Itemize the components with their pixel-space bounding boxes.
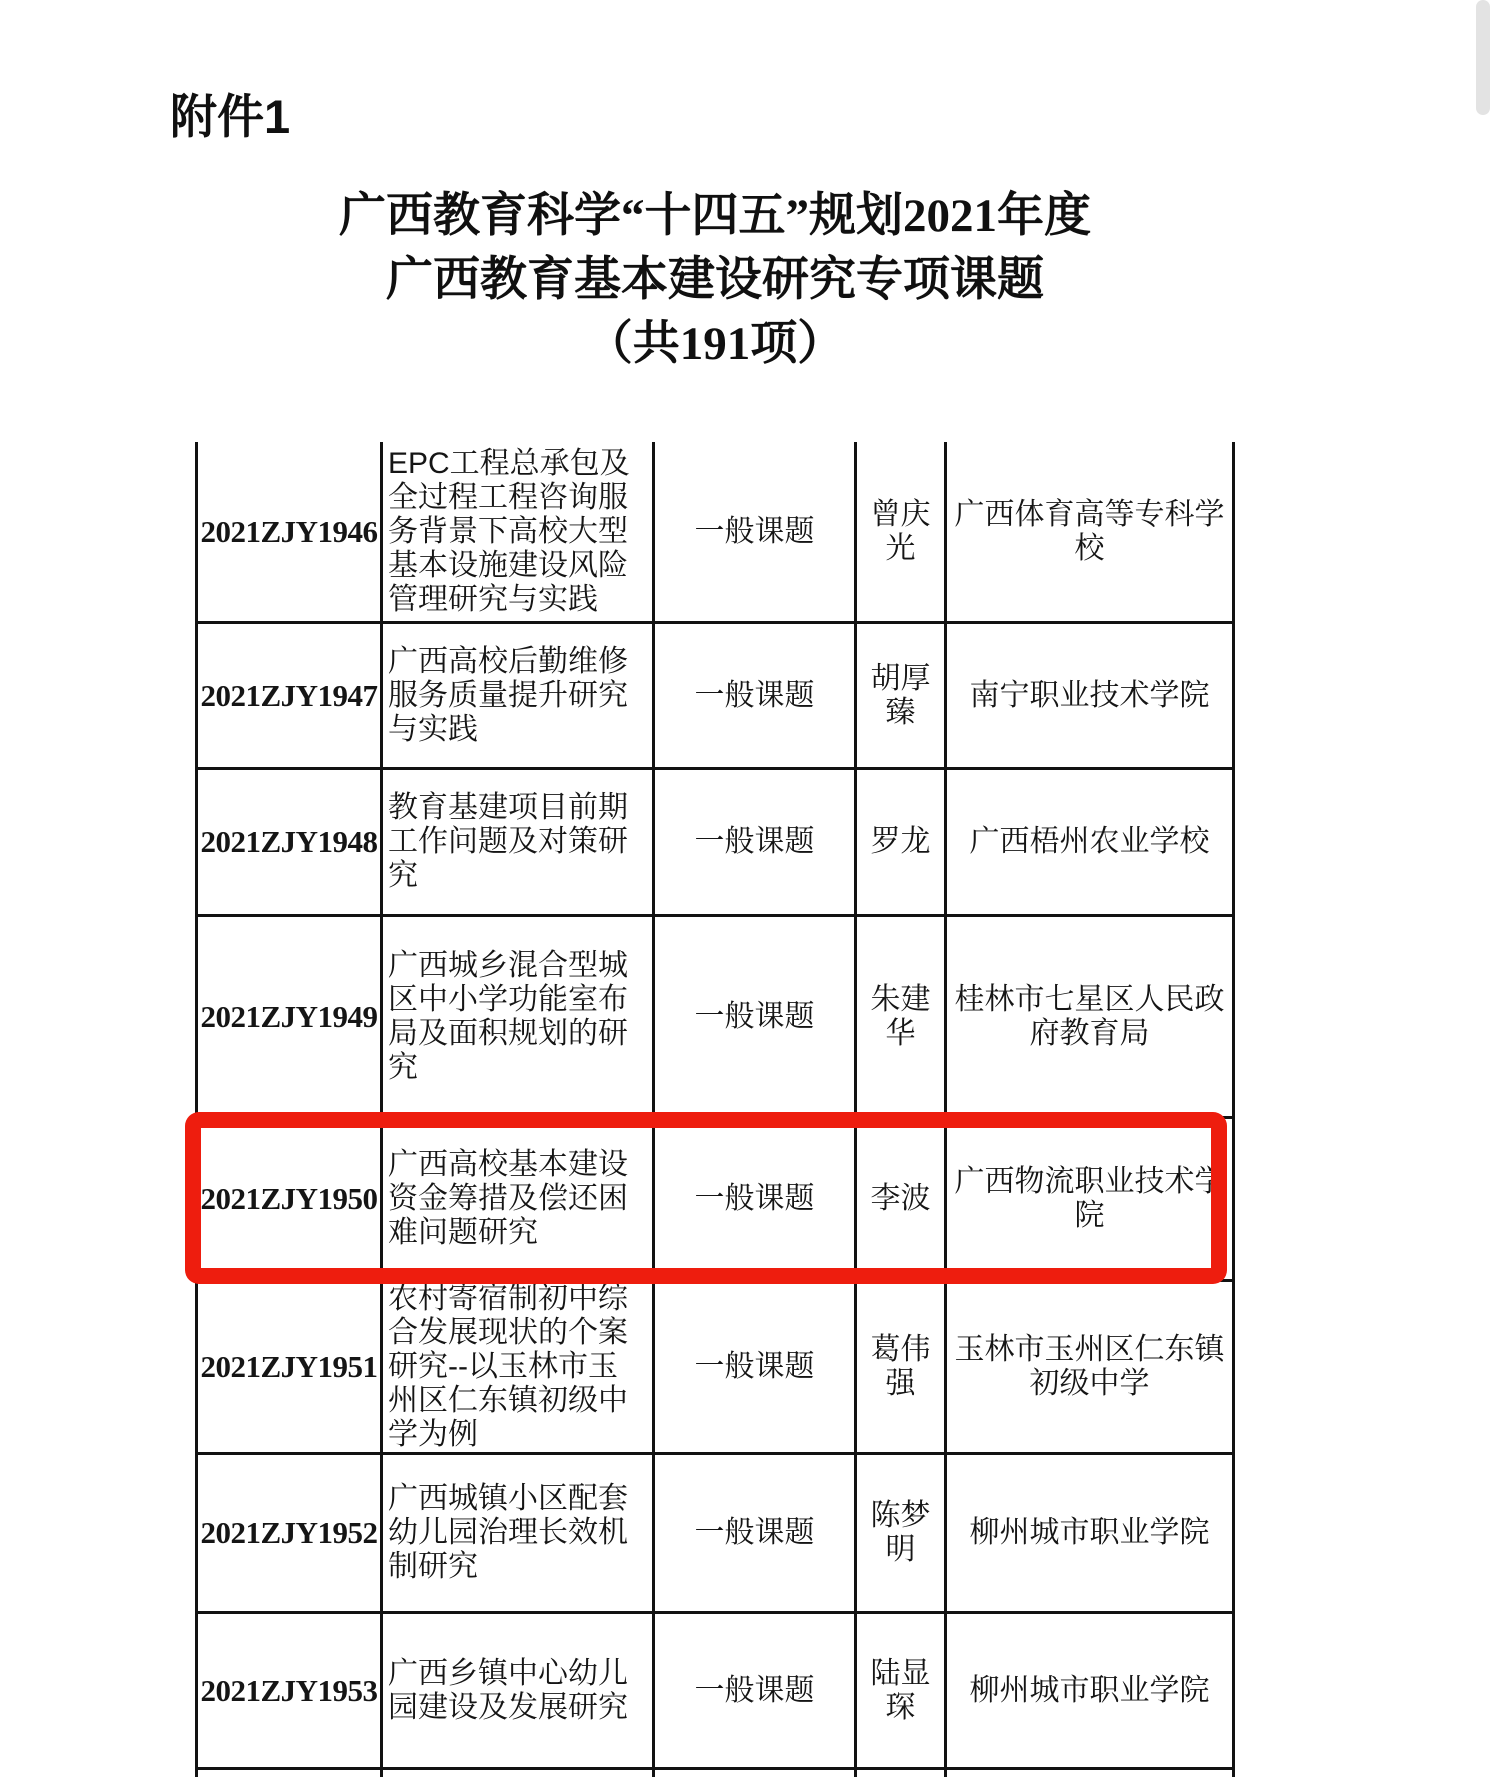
cell-project-title: 教育基建项目前期工作问题及对策研究 <box>383 770 655 914</box>
cell-category <box>655 1770 857 1777</box>
table-row: 2021ZJY1951 农村寄宿制初中综合发展现状的个案研究--以玉林市玉州区仁… <box>198 1282 1232 1455</box>
cell-leader: 曾庆光 <box>857 442 947 621</box>
cell-institution <box>947 1770 1232 1777</box>
cell-institution: 广西体育高等专科学校 <box>947 442 1232 621</box>
attachment-label: 附件1 <box>170 80 290 147</box>
cell-project-id <box>198 1770 383 1777</box>
cell-category: 一般课题 <box>655 442 857 621</box>
cell-project-id: 2021ZJY1951 <box>198 1282 383 1452</box>
cell-project-id: 2021ZJY1946 <box>198 442 383 621</box>
cell-project-title: 广西高校后勤维修服务质量提升研究与实践 <box>383 624 655 767</box>
cell-leader: 胡厚臻 <box>857 624 947 767</box>
cell-institution: 南宁职业技术学院 <box>947 624 1232 767</box>
cell-leader: 李波 <box>857 1119 947 1279</box>
cell-category: 一般课题 <box>655 1614 857 1767</box>
document-page: { "page": { "attachment_label": "附件1", "… <box>0 0 1500 1777</box>
cell-project-id: 2021ZJY1947 <box>198 624 383 767</box>
cell-category: 一般课题 <box>655 1282 857 1452</box>
table-row: 2021ZJY1950 广西高校基本建设资金筹措及偿还困难问题研究 一般课题 李… <box>198 1119 1232 1282</box>
cell-leader: 朱建华 <box>857 917 947 1116</box>
projects-table-body: 2021ZJY1946 EPC工程总承包及全过程工程咨询服务背景下高校大型基本设… <box>198 442 1232 1770</box>
cell-institution: 柳州城市职业学院 <box>947 1614 1232 1767</box>
cell-category: 一般课题 <box>655 1455 857 1611</box>
cell-category: 一般课题 <box>655 624 857 767</box>
cell-institution: 柳州城市职业学院 <box>947 1455 1232 1611</box>
table-row: 2021ZJY1948 教育基建项目前期工作问题及对策研究 一般课题 罗龙 广西… <box>198 770 1232 917</box>
table-row: 2021ZJY1946 EPC工程总承包及全过程工程咨询服务背景下高校大型基本设… <box>198 442 1232 624</box>
cell-leader: 陈梦明 <box>857 1455 947 1611</box>
cell-project-id: 2021ZJY1948 <box>198 770 383 914</box>
cell-project-id: 2021ZJY1950 <box>198 1119 383 1279</box>
document-title: 广西教育科学“十四五”规划2021年度 广西教育基本建设研究专项课题 （共191… <box>198 184 1232 376</box>
cell-leader <box>857 1770 947 1777</box>
cell-institution: 广西梧州农业学校 <box>947 770 1232 914</box>
projects-table: 2021ZJY1946 EPC工程总承包及全过程工程咨询服务背景下高校大型基本设… <box>195 442 1235 1777</box>
table-row: 2021ZJY1949 广西城乡混合型城区中小学功能室布局及面积规划的研究 一般… <box>198 917 1232 1119</box>
table-row: 2021ZJY1947 广西高校后勤维修服务质量提升研究与实践 一般课题 胡厚臻… <box>198 624 1232 770</box>
table-row: 2021ZJY1952 广西城镇小区配套幼儿园治理长效机制研究 一般课题 陈梦明… <box>198 1455 1232 1614</box>
cell-project-title: 广西高校基本建设资金筹措及偿还困难问题研究 <box>383 1119 655 1279</box>
cell-institution: 玉林市玉州区仁东镇初级中学 <box>947 1282 1232 1452</box>
document-title-line-1: 广西教育科学“十四五”规划2021年度 <box>198 184 1232 248</box>
cell-category: 一般课题 <box>655 917 857 1116</box>
cell-project-title: 广西乡镇中心幼儿园建设及发展研究 <box>383 1614 655 1767</box>
cell-project-id: 2021ZJY1953 <box>198 1614 383 1767</box>
scrollbar-thumb[interactable] <box>1476 0 1490 115</box>
cell-leader: 罗龙 <box>857 770 947 914</box>
cell-project-title: 广西城镇小区配套幼儿园治理长效机制研究 <box>383 1455 655 1611</box>
table-row: 2021ZJY1953 广西乡镇中心幼儿园建设及发展研究 一般课题 陆显琛 柳州… <box>198 1614 1232 1770</box>
cell-project-title: 农村寄宿制初中综合发展现状的个案研究--以玉林市玉州区仁东镇初级中学为例 <box>383 1282 655 1452</box>
table-row-partial <box>198 1770 1232 1777</box>
document-title-line-3: （共191项） <box>198 312 1232 376</box>
cell-project-id: 2021ZJY1952 <box>198 1455 383 1611</box>
cell-leader: 陆显琛 <box>857 1614 947 1767</box>
cell-institution: 桂林市七星区人民政府教育局 <box>947 917 1232 1116</box>
cell-institution: 广西物流职业技术学院 <box>947 1119 1232 1279</box>
document-title-line-2: 广西教育基本建设研究专项课题 <box>198 248 1232 312</box>
cell-category: 一般课题 <box>655 770 857 914</box>
cell-project-id: 2021ZJY1949 <box>198 917 383 1116</box>
cell-project-title: EPC工程总承包及全过程工程咨询服务背景下高校大型基本设施建设风险管理研究与实践 <box>383 442 655 621</box>
cell-project-title: 广西城乡混合型城区中小学功能室布局及面积规划的研究 <box>383 917 655 1116</box>
cell-project-title <box>383 1770 655 1777</box>
cell-leader: 葛伟强 <box>857 1282 947 1452</box>
cell-category: 一般课题 <box>655 1119 857 1279</box>
